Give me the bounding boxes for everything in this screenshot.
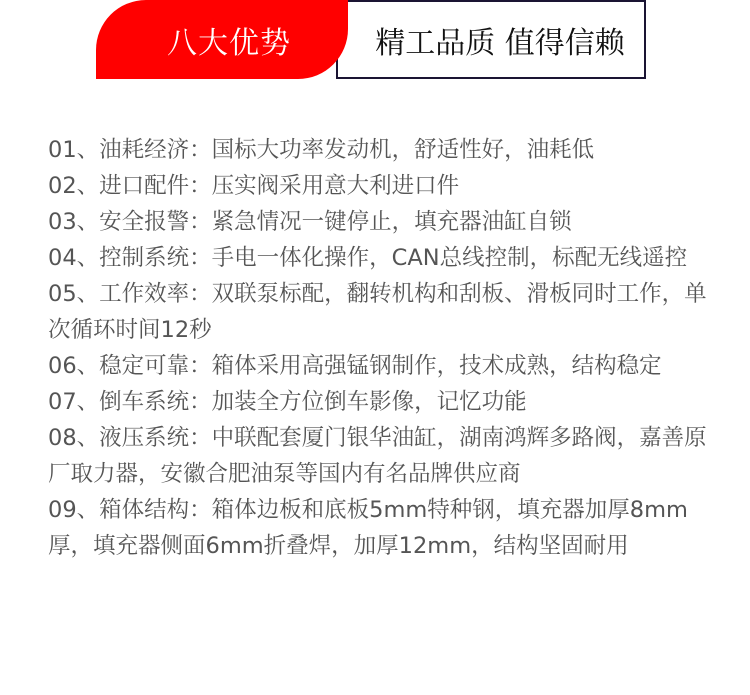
section-banner: 精工品质 值得信赖 八大优势 <box>96 0 646 79</box>
feature-item-fuel-economy: 01、油耗经济：国标大功率发动机，舒适性好，油耗低 <box>48 132 710 168</box>
title-tab: 八大优势 <box>96 0 348 79</box>
feature-item-control-system: 04、控制系统：手电一体化操作，CAN总线控制，标配无线遥控 <box>48 240 710 276</box>
section-title: 八大优势 <box>153 18 291 62</box>
feature-item-safety-alarm: 03、安全报警：紧急情况一键停止，填充器油缸自锁 <box>48 204 710 240</box>
feature-item-imported-parts: 02、进口配件：压实阀采用意大利进口件 <box>48 168 710 204</box>
feature-item-stability: 06、稳定可靠：箱体采用高强锰钢制作，技术成熟，结构稳定 <box>48 348 710 384</box>
feature-item-body-structure: 09、箱体结构：箱体边板和底板5mm特种钢，填充器加厚8mm厚，填充器侧面6mm… <box>48 492 710 564</box>
slogan-box: 精工品质 值得信赖 <box>336 0 646 79</box>
slogan-text: 精工品质 值得信赖 <box>356 2 644 77</box>
feature-list: 01、油耗经济：国标大功率发动机，舒适性好，油耗低 02、进口配件：压实阀采用意… <box>48 132 710 564</box>
feature-item-work-efficiency: 05、工作效率：双联泵标配，翻转机构和刮板、滑板同时工作，单次循环时间12秒 <box>48 276 710 348</box>
feature-item-reversing-system: 07、倒车系统：加装全方位倒车影像，记忆功能 <box>48 384 710 420</box>
feature-item-hydraulic-system: 08、液压系统：中联配套厦门银华油缸，湖南鸿辉多路阀，嘉善原厂取力器，安徽合肥油… <box>48 420 710 492</box>
